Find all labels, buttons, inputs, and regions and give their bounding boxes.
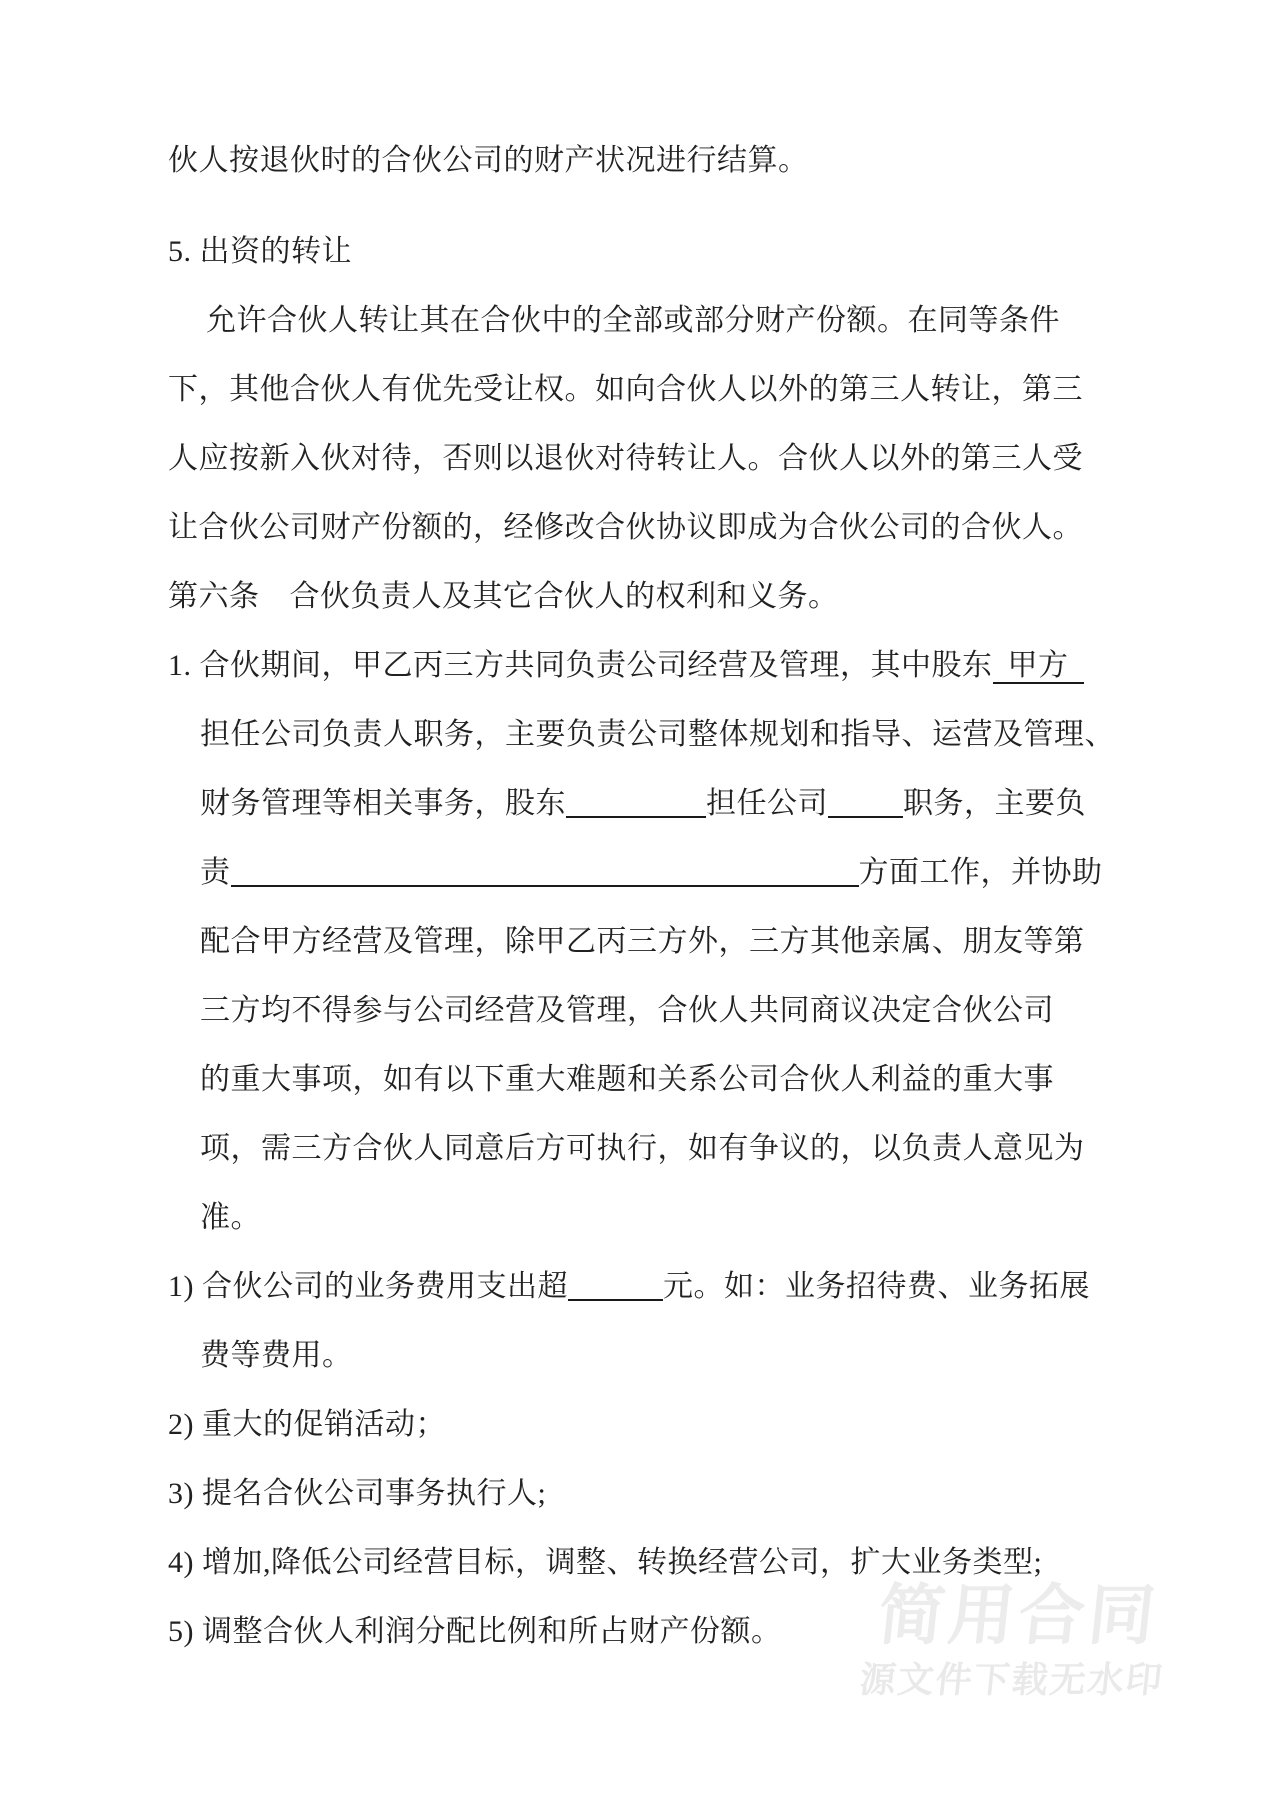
subitem1-text: 1) 合伙公司的业务费用支出超 bbox=[168, 1270, 568, 1303]
document-page: 伙人按退伙时的合伙公司的财产状况进行结算。 5. 出资的转让 允许合伙人转让其在… bbox=[0, 0, 1280, 1810]
item1-line: 责方面工作，并协助 bbox=[168, 838, 1148, 907]
item1-line: 准。 bbox=[168, 1183, 1148, 1252]
item1-line: 配合甲方经营及管理，除甲乙丙三方外，三方其他亲属、朋友等第 bbox=[168, 907, 1148, 976]
article6-heading: 第六条合伙负责人及其它合伙人的权利和义务。 bbox=[168, 562, 1148, 631]
subitem1-line: 1) 合伙公司的业务费用支出超元。如：业务招待费、业务拓展 bbox=[168, 1252, 1148, 1321]
watermark: 简用合同 源文件下载无水印 bbox=[858, 1582, 1174, 1698]
item1-line: 财务管理等相关事务，股东担任公司职务，主要负 bbox=[168, 769, 1148, 838]
subitem3-line: 3) 提名合伙公司事务执行人; bbox=[168, 1459, 1148, 1528]
blank-field-shareholder bbox=[566, 785, 706, 819]
item1-line: 担任公司负责人职务，主要负责公司整体规划和指导、运营及管理、 bbox=[168, 700, 1148, 769]
item1-text: 担任公司 bbox=[706, 787, 828, 820]
item1-text: 1. 合伙期间，甲乙丙三方共同负责公司经营及管理，其中股东 bbox=[168, 649, 993, 682]
filled-field-party-a: 甲方 bbox=[993, 649, 1084, 684]
article6-title: 合伙负责人及其它合伙人的权利和义务。 bbox=[290, 580, 839, 613]
document-text-body: 伙人按退伙时的合伙公司的财产状况进行结算。 5. 出资的转让 允许合伙人转让其在… bbox=[168, 126, 1148, 1666]
clause5-heading: 5. 出资的转让 bbox=[168, 217, 1148, 286]
article6-number: 第六条 bbox=[168, 580, 260, 613]
subitem1-line: 费等费用。 bbox=[168, 1321, 1148, 1390]
blank-field-amount bbox=[568, 1268, 663, 1302]
watermark-title: 简用合同 bbox=[863, 1582, 1174, 1648]
watermark-subtitle: 源文件下载无水印 bbox=[858, 1662, 1166, 1698]
clause5-para-line: 人应按新入伙对待，否则以退伙对待转让人。合伙人以外的第三人受 bbox=[168, 424, 1148, 493]
item1-text: 方面工作，并协助 bbox=[859, 856, 1103, 889]
partial-line: 伙人按退伙时的合伙公司的财产状况进行结算。 bbox=[168, 126, 1148, 195]
item1-line: 项，需三方合伙人同意后方可执行，如有争议的，以负责人意见为 bbox=[168, 1114, 1148, 1183]
blank-field-responsibility bbox=[231, 854, 859, 888]
clause5-para-line: 让合伙公司财产份额的，经修改合伙协议即成为合伙公司的合伙人。 bbox=[168, 493, 1148, 562]
item1-line: 三方均不得参与公司经营及管理，合伙人共同商议决定合伙公司 bbox=[168, 976, 1148, 1045]
subitem1-text: 元。如：业务招待费、业务拓展 bbox=[663, 1270, 1090, 1303]
subitem2-line: 2) 重大的促销活动； bbox=[168, 1390, 1148, 1459]
item1-text: 财务管理等相关事务，股东 bbox=[200, 787, 566, 820]
item1-text: 职务，主要负 bbox=[903, 787, 1086, 820]
item1-text: 责 bbox=[200, 856, 231, 889]
item1-line: 1. 合伙期间，甲乙丙三方共同负责公司经营及管理，其中股东甲方 bbox=[168, 631, 1148, 700]
blank-field-position bbox=[828, 785, 903, 819]
item1-line: 的重大事项，如有以下重大难题和关系公司合伙人利益的重大事 bbox=[168, 1045, 1148, 1114]
clause5-para-line: 下，其他合伙人有优先受让权。如向合伙人以外的第三人转让，第三 bbox=[168, 355, 1148, 424]
clause5-para-line: 允许合伙人转让其在合伙中的全部或部分财产份额。在同等条件 bbox=[168, 286, 1148, 355]
